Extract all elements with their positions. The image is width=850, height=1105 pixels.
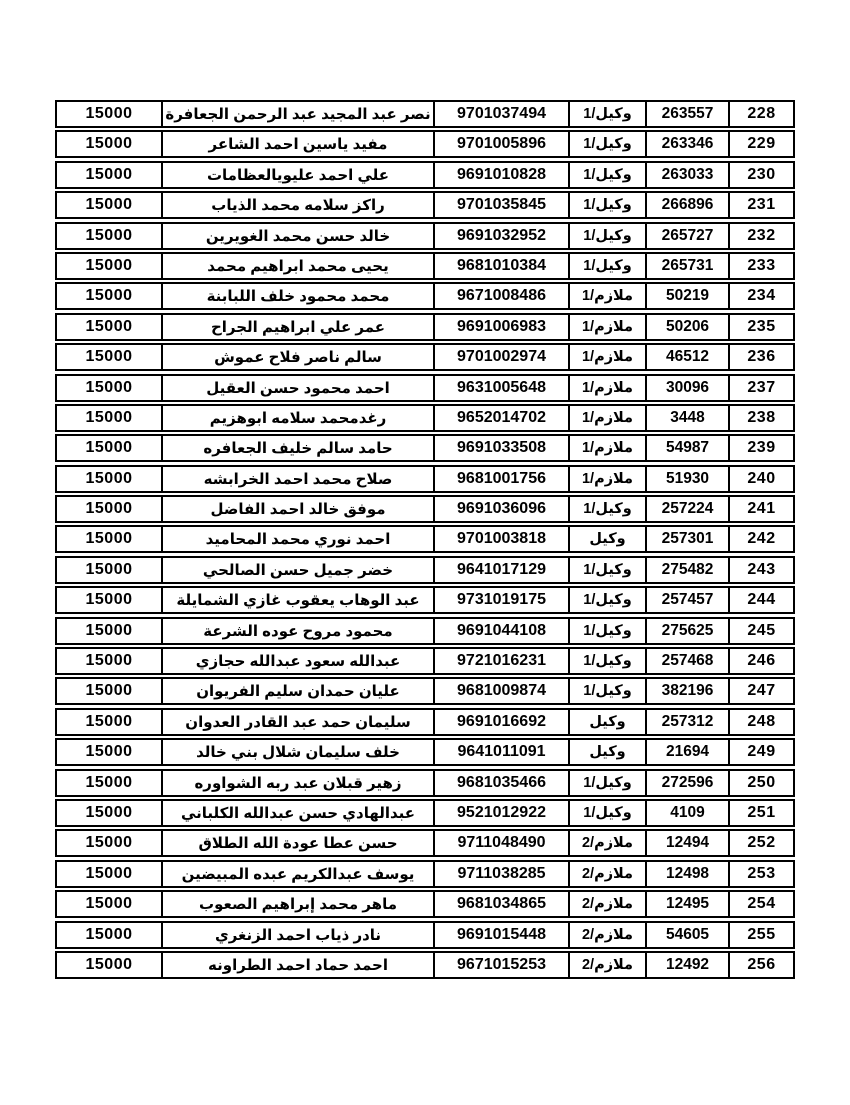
full-name-cell: علي احمد عليويالعظامات bbox=[161, 163, 433, 187]
table-row: 255 54605 ملازم/2 9691015448 نادر ذياب ا… bbox=[55, 921, 795, 949]
rank-cell: ملازم/2 bbox=[568, 862, 645, 886]
salary-cell: 15000 bbox=[57, 953, 161, 977]
table-row: 254 12495 ملازم/2 9681034865 ماهر محمد إ… bbox=[55, 890, 795, 918]
salary-cell: 15000 bbox=[57, 315, 161, 339]
serial-number-cell: 252 bbox=[728, 831, 793, 855]
serial-number-cell: 247 bbox=[728, 679, 793, 703]
rank-cell: ملازم/1 bbox=[568, 436, 645, 460]
national-number-cell: 9691032952 bbox=[433, 224, 568, 248]
salary-cell: 15000 bbox=[57, 862, 161, 886]
serial-number-cell: 254 bbox=[728, 892, 793, 916]
salary-cell: 15000 bbox=[57, 406, 161, 430]
full-name-cell: حامد سالم خليف الجعافره bbox=[161, 436, 433, 460]
serial-number-cell: 234 bbox=[728, 284, 793, 308]
table-row: 228 263557 وكيل/1 9701037494 نصر عبد الم… bbox=[55, 100, 795, 128]
table-row: 243 275482 وكيل/1 9641017129 خضر جميل حس… bbox=[55, 556, 795, 584]
full-name-cell: مفيد ياسين احمد الشاعر bbox=[161, 132, 433, 156]
serial-number-cell: 238 bbox=[728, 406, 793, 430]
table-row: 232 265727 وكيل/1 9691032952 خالد حسن مح… bbox=[55, 222, 795, 250]
serial-number-cell: 249 bbox=[728, 740, 793, 764]
table-row: 233 265731 وكيل/1 9681010384 يحيى محمد ا… bbox=[55, 252, 795, 280]
national-number-cell: 9701003818 bbox=[433, 527, 568, 551]
national-number-cell: 9691010828 bbox=[433, 163, 568, 187]
rank-cell: ملازم/2 bbox=[568, 831, 645, 855]
national-number-cell: 9731019175 bbox=[433, 588, 568, 612]
table-row: 234 50219 ملازم/1 9671008486 محمد محمود … bbox=[55, 282, 795, 310]
serial-number-cell: 237 bbox=[728, 376, 793, 400]
full-name-cell: نادر ذياب احمد الزنغري bbox=[161, 923, 433, 947]
table-row: 241 257224 وكيل/1 9691036096 موفق خالد ا… bbox=[55, 495, 795, 523]
serial-number-cell: 232 bbox=[728, 224, 793, 248]
rank-cell: وكيل/1 bbox=[568, 193, 645, 217]
military-number-cell: 54605 bbox=[645, 923, 728, 947]
military-number-cell: 257457 bbox=[645, 588, 728, 612]
salary-cell: 15000 bbox=[57, 102, 161, 126]
salary-cell: 15000 bbox=[57, 224, 161, 248]
salary-cell: 15000 bbox=[57, 467, 161, 491]
full-name-cell: عليان حمدان سليم الفريوان bbox=[161, 679, 433, 703]
full-name-cell: سالم ناصر فلاح عموش bbox=[161, 345, 433, 369]
salary-cell: 15000 bbox=[57, 132, 161, 156]
table-row: 236 46512 ملازم/1 9701002974 سالم ناصر ف… bbox=[55, 343, 795, 371]
military-number-cell: 50206 bbox=[645, 315, 728, 339]
serial-number-cell: 255 bbox=[728, 923, 793, 947]
salary-cell: 15000 bbox=[57, 771, 161, 795]
military-number-cell: 12494 bbox=[645, 831, 728, 855]
rank-cell: ملازم/2 bbox=[568, 953, 645, 977]
rank-cell: وكيل bbox=[568, 740, 645, 764]
full-name-cell: محمود مروح عوده الشرعة bbox=[161, 619, 433, 643]
serial-number-cell: 243 bbox=[728, 558, 793, 582]
military-number-cell: 4109 bbox=[645, 801, 728, 825]
table-row: 256 12492 ملازم/2 9671015253 احمد حماد ا… bbox=[55, 951, 795, 979]
salary-cell: 15000 bbox=[57, 649, 161, 673]
military-number-cell: 257468 bbox=[645, 649, 728, 673]
national-number-cell: 9641011091 bbox=[433, 740, 568, 764]
salary-cell: 15000 bbox=[57, 284, 161, 308]
rank-cell: وكيل/1 bbox=[568, 679, 645, 703]
full-name-cell: يوسف عبدالكريم عبده المبيضين bbox=[161, 862, 433, 886]
military-number-cell: 50219 bbox=[645, 284, 728, 308]
serial-number-cell: 231 bbox=[728, 193, 793, 217]
full-name-cell: عبدالله سعود عبدالله حجازي bbox=[161, 649, 433, 673]
table-row: 245 275625 وكيل/1 9691044108 محمود مروح … bbox=[55, 617, 795, 645]
full-name-cell: محمد محمود خلف اللبابنة bbox=[161, 284, 433, 308]
national-number-cell: 9691015448 bbox=[433, 923, 568, 947]
military-number-cell: 265731 bbox=[645, 254, 728, 278]
rank-cell: وكيل bbox=[568, 710, 645, 734]
rank-cell: وكيل/1 bbox=[568, 163, 645, 187]
national-number-cell: 9681010384 bbox=[433, 254, 568, 278]
salary-cell: 15000 bbox=[57, 345, 161, 369]
serial-number-cell: 235 bbox=[728, 315, 793, 339]
salary-cell: 15000 bbox=[57, 558, 161, 582]
national-number-cell: 9701005896 bbox=[433, 132, 568, 156]
salary-cell: 15000 bbox=[57, 163, 161, 187]
salary-cell: 15000 bbox=[57, 892, 161, 916]
serial-number-cell: 250 bbox=[728, 771, 793, 795]
table-row: 247 382196 وكيل/1 9681009874 عليان حمدان… bbox=[55, 677, 795, 705]
table-row: 230 263033 وكيل/1 9691010828 علي احمد عل… bbox=[55, 161, 795, 189]
rank-cell: وكيل/1 bbox=[568, 588, 645, 612]
scanned-document-page: 228 263557 وكيل/1 9701037494 نصر عبد الم… bbox=[0, 0, 850, 1105]
serial-number-cell: 256 bbox=[728, 953, 793, 977]
military-number-cell: 12495 bbox=[645, 892, 728, 916]
military-number-cell: 257301 bbox=[645, 527, 728, 551]
military-number-cell: 30096 bbox=[645, 376, 728, 400]
rank-cell: ملازم/1 bbox=[568, 315, 645, 339]
table-row: 229 263346 وكيل/1 9701005896 مفيد ياسين … bbox=[55, 130, 795, 158]
military-number-cell: 12492 bbox=[645, 953, 728, 977]
serial-number-cell: 236 bbox=[728, 345, 793, 369]
military-number-cell: 275482 bbox=[645, 558, 728, 582]
national-number-cell: 9681035466 bbox=[433, 771, 568, 795]
salary-cell: 15000 bbox=[57, 679, 161, 703]
serial-number-cell: 239 bbox=[728, 436, 793, 460]
full-name-cell: راكز سلامه محمد الذياب bbox=[161, 193, 433, 217]
table-row: 248 257312 وكيل 9691016692 سليمان حمد عب… bbox=[55, 708, 795, 736]
full-name-cell: رغدمحمد سلامه ابوهزيم bbox=[161, 406, 433, 430]
national-number-cell: 9711048490 bbox=[433, 831, 568, 855]
serial-number-cell: 242 bbox=[728, 527, 793, 551]
national-number-cell: 9691044108 bbox=[433, 619, 568, 643]
full-name-cell: سليمان حمد عبد القادر العدوان bbox=[161, 710, 433, 734]
rank-cell: وكيل/1 bbox=[568, 801, 645, 825]
full-name-cell: نصر عبد المجيد عبد الرحمن الجعافرة bbox=[161, 102, 433, 126]
rank-cell: وكيل/1 bbox=[568, 558, 645, 582]
military-number-cell: 12498 bbox=[645, 862, 728, 886]
rank-cell: ملازم/1 bbox=[568, 406, 645, 430]
serial-number-cell: 248 bbox=[728, 710, 793, 734]
national-number-cell: 9701037494 bbox=[433, 102, 568, 126]
salary-cell: 15000 bbox=[57, 740, 161, 764]
national-number-cell: 9701002974 bbox=[433, 345, 568, 369]
salary-cell: 15000 bbox=[57, 254, 161, 278]
rank-cell: ملازم/2 bbox=[568, 892, 645, 916]
national-number-cell: 9521012922 bbox=[433, 801, 568, 825]
serial-number-cell: 228 bbox=[728, 102, 793, 126]
table-row: 253 12498 ملازم/2 9711038285 يوسف عبدالك… bbox=[55, 860, 795, 888]
full-name-cell: ماهر محمد إبراهيم الصعوب bbox=[161, 892, 433, 916]
national-number-cell: 9691036096 bbox=[433, 497, 568, 521]
table-row: 242 257301 وكيل 9701003818 احمد نوري محم… bbox=[55, 525, 795, 553]
rank-cell: وكيل/1 bbox=[568, 224, 645, 248]
national-number-cell: 9671008486 bbox=[433, 284, 568, 308]
national-number-cell: 9641017129 bbox=[433, 558, 568, 582]
salary-cell: 15000 bbox=[57, 588, 161, 612]
military-number-cell: 21694 bbox=[645, 740, 728, 764]
full-name-cell: عبد الوهاب يعقوب غازي الشمايلة bbox=[161, 588, 433, 612]
national-number-cell: 9721016231 bbox=[433, 649, 568, 673]
serial-number-cell: 246 bbox=[728, 649, 793, 673]
full-name-cell: زهير قبلان عبد ربه الشواوره bbox=[161, 771, 433, 795]
rank-cell: ملازم/1 bbox=[568, 345, 645, 369]
military-number-cell: 263033 bbox=[645, 163, 728, 187]
table-row: 244 257457 وكيل/1 9731019175 عبد الوهاب … bbox=[55, 586, 795, 614]
full-name-cell: احمد حماد احمد الطراونه bbox=[161, 953, 433, 977]
serial-number-cell: 229 bbox=[728, 132, 793, 156]
military-number-cell: 257312 bbox=[645, 710, 728, 734]
table-row: 237 30096 ملازم/1 9631005648 احمد محمود … bbox=[55, 374, 795, 402]
serial-number-cell: 251 bbox=[728, 801, 793, 825]
military-number-cell: 272596 bbox=[645, 771, 728, 795]
salary-cell: 15000 bbox=[57, 801, 161, 825]
rank-cell: ملازم/1 bbox=[568, 376, 645, 400]
rank-cell: ملازم/1 bbox=[568, 467, 645, 491]
military-number-cell: 3448 bbox=[645, 406, 728, 430]
serial-number-cell: 245 bbox=[728, 619, 793, 643]
rank-cell: وكيل/1 bbox=[568, 102, 645, 126]
table-row: 249 21694 وكيل 9641011091 خلف سليمان شلا… bbox=[55, 738, 795, 766]
full-name-cell: خلف سليمان شلال بني خالد bbox=[161, 740, 433, 764]
full-name-cell: خضر جميل حسن الصالحي bbox=[161, 558, 433, 582]
salary-cell: 15000 bbox=[57, 497, 161, 521]
national-number-cell: 9711038285 bbox=[433, 862, 568, 886]
serial-number-cell: 230 bbox=[728, 163, 793, 187]
national-number-cell: 9691006983 bbox=[433, 315, 568, 339]
serial-number-cell: 253 bbox=[728, 862, 793, 886]
table-row: 231 266896 وكيل/1 9701035845 راكز سلامه … bbox=[55, 191, 795, 219]
full-name-cell: عبدالهادي حسن عبدالله الكلباني bbox=[161, 801, 433, 825]
rank-cell: وكيل/1 bbox=[568, 254, 645, 278]
rank-cell: وكيل/1 bbox=[568, 497, 645, 521]
salary-cell: 15000 bbox=[57, 527, 161, 551]
rank-cell: وكيل/1 bbox=[568, 619, 645, 643]
salary-cell: 15000 bbox=[57, 831, 161, 855]
rank-cell: ملازم/1 bbox=[568, 284, 645, 308]
salary-cell: 15000 bbox=[57, 710, 161, 734]
full-name-cell: خالد حسن محمد الغويرين bbox=[161, 224, 433, 248]
military-number-cell: 263346 bbox=[645, 132, 728, 156]
table-row: 250 272596 وكيل/1 9681035466 زهير قبلان … bbox=[55, 769, 795, 797]
military-number-cell: 382196 bbox=[645, 679, 728, 703]
salary-cell: 15000 bbox=[57, 923, 161, 947]
table-row: 246 257468 وكيل/1 9721016231 عبدالله سعو… bbox=[55, 647, 795, 675]
serial-number-cell: 233 bbox=[728, 254, 793, 278]
military-number-cell: 266896 bbox=[645, 193, 728, 217]
salary-cell: 15000 bbox=[57, 376, 161, 400]
rank-cell: ملازم/2 bbox=[568, 923, 645, 947]
full-name-cell: حسن عطا عودة الله الطلاق bbox=[161, 831, 433, 855]
national-number-cell: 9681009874 bbox=[433, 679, 568, 703]
table-row: 235 50206 ملازم/1 9691006983 عمر علي ابر… bbox=[55, 313, 795, 341]
rank-cell: وكيل/1 bbox=[568, 771, 645, 795]
table-row: 238 3448 ملازم/1 9652014702 رغدمحمد سلام… bbox=[55, 404, 795, 432]
table-row: 251 4109 وكيل/1 9521012922 عبدالهادي حسن… bbox=[55, 799, 795, 827]
table-row: 240 51930 ملازم/1 9681001756 صلاح محمد ا… bbox=[55, 465, 795, 493]
rank-cell: وكيل/1 bbox=[568, 132, 645, 156]
full-name-cell: صلاح محمد احمد الخرابشه bbox=[161, 467, 433, 491]
table-row: 239 54987 ملازم/1 9691033508 حامد سالم خ… bbox=[55, 434, 795, 462]
national-number-cell: 9691033508 bbox=[433, 436, 568, 460]
rank-cell: وكيل/1 bbox=[568, 649, 645, 673]
full-name-cell: عمر علي ابراهيم الجراح bbox=[161, 315, 433, 339]
personnel-table: 228 263557 وكيل/1 9701037494 نصر عبد الم… bbox=[55, 100, 795, 981]
salary-cell: 15000 bbox=[57, 619, 161, 643]
military-number-cell: 265727 bbox=[645, 224, 728, 248]
national-number-cell: 9701035845 bbox=[433, 193, 568, 217]
serial-number-cell: 241 bbox=[728, 497, 793, 521]
rank-cell: وكيل bbox=[568, 527, 645, 551]
national-number-cell: 9631005648 bbox=[433, 376, 568, 400]
full-name-cell: احمد نوري محمد المحاميد bbox=[161, 527, 433, 551]
national-number-cell: 9681001756 bbox=[433, 467, 568, 491]
salary-cell: 15000 bbox=[57, 193, 161, 217]
table-row: 252 12494 ملازم/2 9711048490 حسن عطا عود… bbox=[55, 829, 795, 857]
military-number-cell: 257224 bbox=[645, 497, 728, 521]
military-number-cell: 51930 bbox=[645, 467, 728, 491]
full-name-cell: موفق خالد احمد الفاضل bbox=[161, 497, 433, 521]
military-number-cell: 275625 bbox=[645, 619, 728, 643]
military-number-cell: 54987 bbox=[645, 436, 728, 460]
military-number-cell: 263557 bbox=[645, 102, 728, 126]
full-name-cell: احمد محمود حسن العقيل bbox=[161, 376, 433, 400]
full-name-cell: يحيى محمد ابراهيم محمد bbox=[161, 254, 433, 278]
national-number-cell: 9671015253 bbox=[433, 953, 568, 977]
national-number-cell: 9652014702 bbox=[433, 406, 568, 430]
serial-number-cell: 244 bbox=[728, 588, 793, 612]
salary-cell: 15000 bbox=[57, 436, 161, 460]
national-number-cell: 9691016692 bbox=[433, 710, 568, 734]
military-number-cell: 46512 bbox=[645, 345, 728, 369]
serial-number-cell: 240 bbox=[728, 467, 793, 491]
national-number-cell: 9681034865 bbox=[433, 892, 568, 916]
